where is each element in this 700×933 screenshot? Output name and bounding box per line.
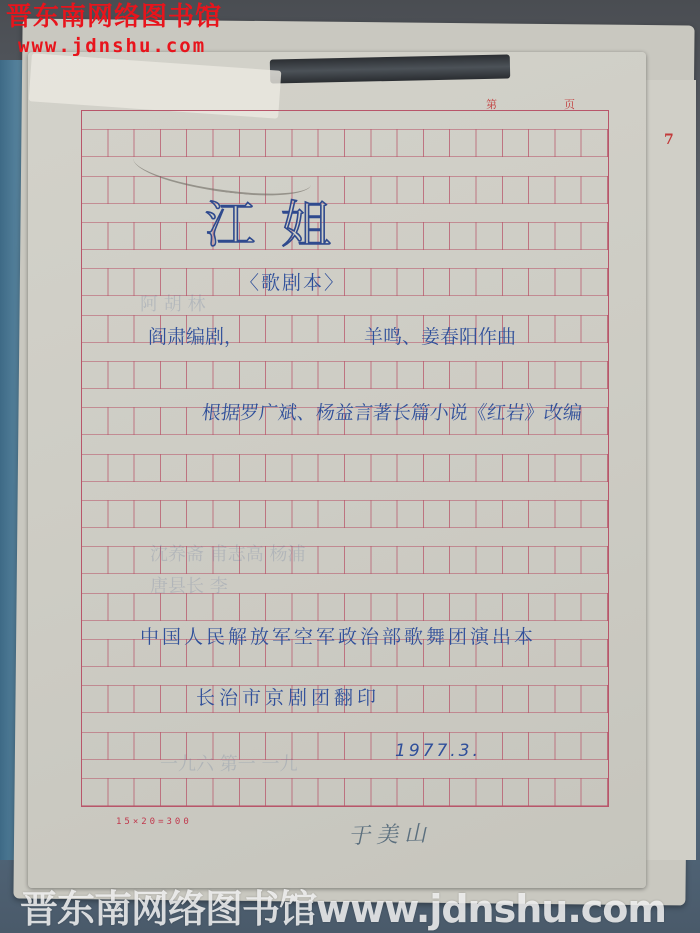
binder-clip <box>270 54 510 83</box>
grid-spec-label: 15×20=300 <box>116 817 192 827</box>
subtitle: 〈歌剧本〉 <box>240 268 345 295</box>
printer: 长治市京剧团翻印 <box>196 683 380 710</box>
date: 1977.3. <box>395 741 481 761</box>
watermark-url: www.jdnshu.com <box>18 35 206 57</box>
show-through-text: 唐县长 李 <box>150 572 228 598</box>
grid-row <box>82 361 608 389</box>
credits-line: 阎肃编剧，羊鸣、姜春阳作曲 <box>148 322 516 349</box>
grid-row <box>82 454 608 482</box>
watermark-name: 晋东南网络图书馆 <box>6 2 222 32</box>
watermark-bottom: 晋东南网络图书馆www.jdnshu.com <box>20 886 666 932</box>
writers: 阎肃编剧 <box>148 326 224 348</box>
title: 江姐 <box>205 185 357 257</box>
composers: 羊鸣、姜春阳作曲 <box>364 326 516 348</box>
show-through-text: 阿 胡 林 <box>140 290 205 316</box>
grid-row <box>82 778 608 806</box>
organization: 中国人民解放军空军政治部歌舞团演出本 <box>140 622 536 649</box>
source-note: 根据罗广斌、杨益言著长篇小说《红岩》改编 <box>201 398 584 425</box>
signature: 于美山 <box>347 817 432 851</box>
grid-row <box>82 500 608 528</box>
show-through-text: 一九六 第一 一九 <box>160 750 297 776</box>
show-through-text: 沈养斋 甫志高 杨浦 <box>150 540 305 566</box>
side-page-number: 7 <box>664 132 674 148</box>
